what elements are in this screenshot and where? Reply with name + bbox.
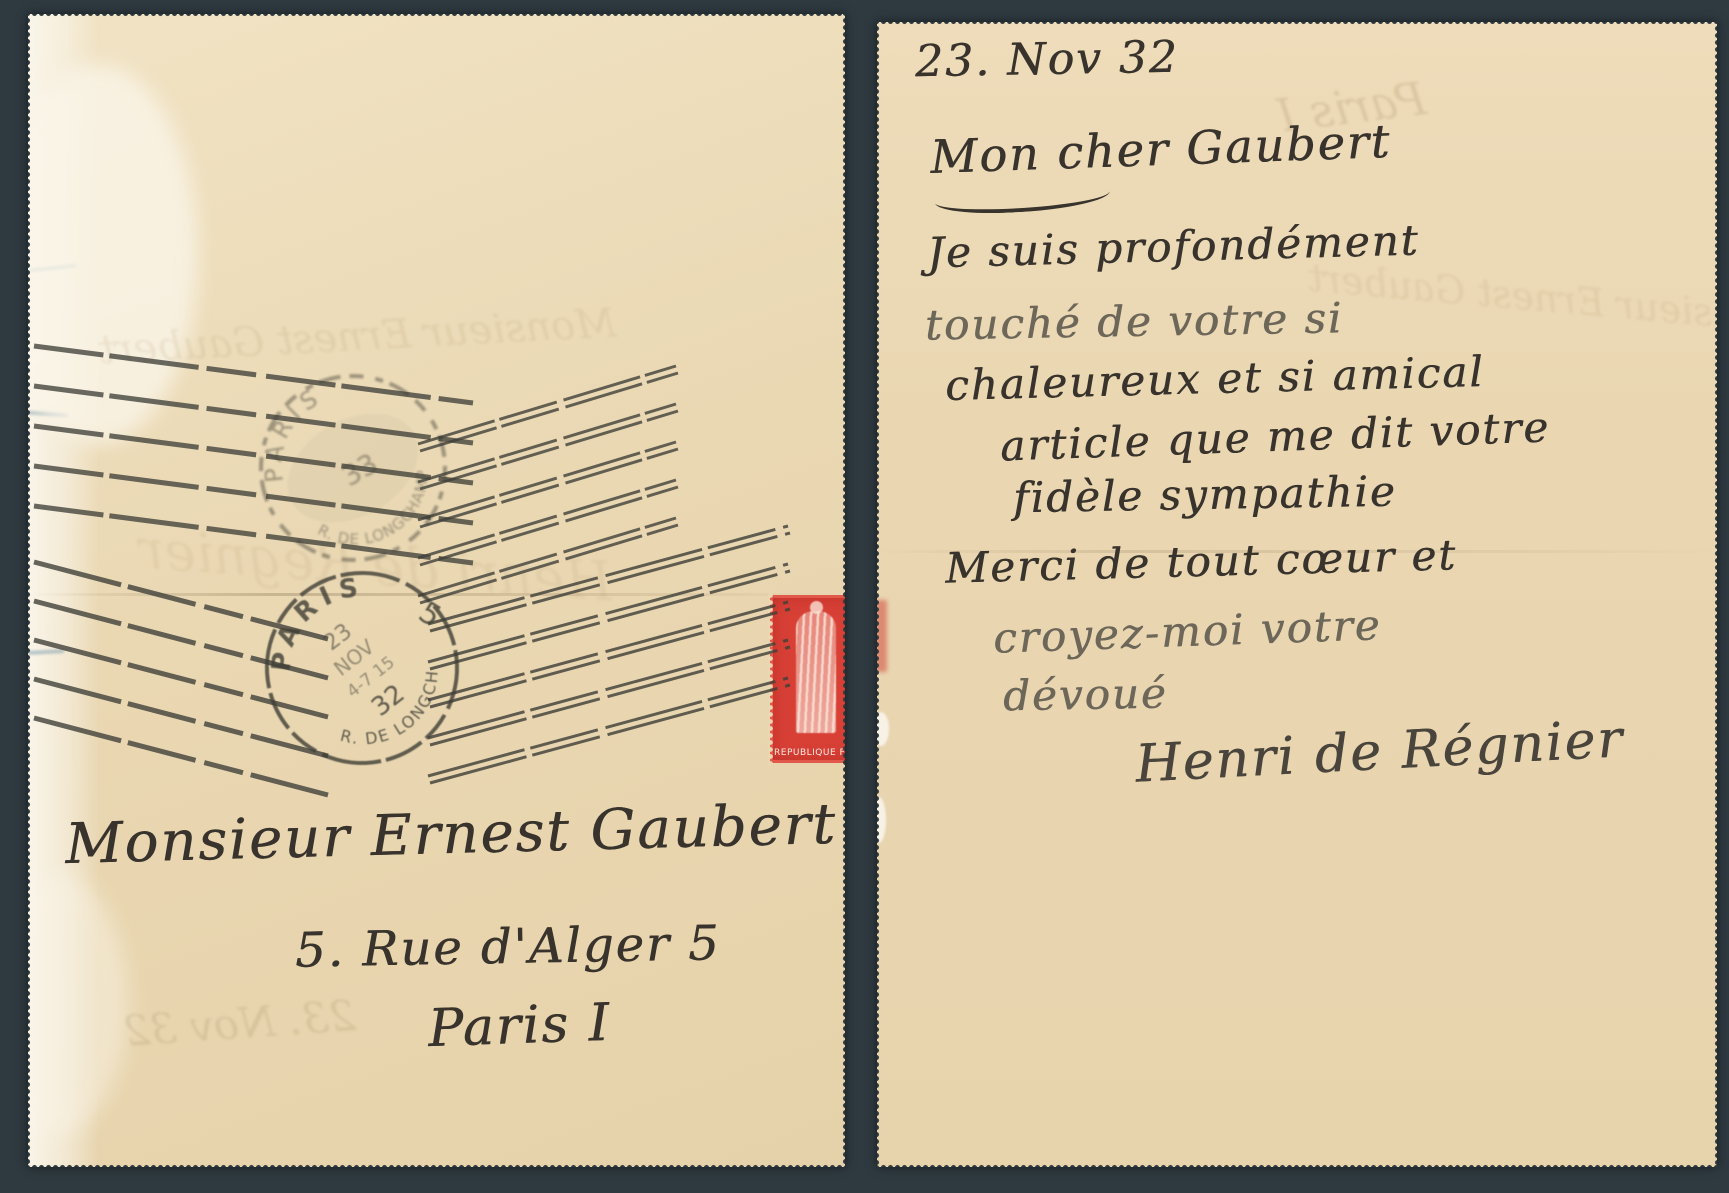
address-line-2: 5. Rue d'Alger 5 [295, 915, 722, 978]
stamp-allegory-figure [796, 611, 836, 733]
letter-salutation: Mon cher Gaubert [929, 114, 1392, 184]
letter-date: 23. Nov 32 [915, 32, 1180, 88]
svg-text:PARIS: PARIS [243, 556, 386, 686]
letter-body-line: dévoué [1003, 669, 1169, 721]
svg-text:4-7 15: 4-7 15 [343, 653, 399, 703]
paper-abrasion [28, 64, 198, 444]
ghost-writing: Henri de Régnier [136, 518, 614, 614]
letter-body-line: Je suis profondément [926, 216, 1420, 278]
postmark-upper: PARIS R. DE LONGCHAMP 33 [226, 340, 479, 594]
svg-text:R. DE LONGCHAMP: R. DE LONGCHAMP [310, 461, 452, 572]
letter-body-line: croyez-moi votre [992, 600, 1382, 663]
ghost-writing: 23. Nov 32 [122, 991, 358, 1056]
stamp-perforation [767, 592, 774, 766]
letter-body-line: chaleureux et si amical [944, 347, 1485, 410]
salutation-underline [934, 177, 1110, 216]
svg-text:5: 5 [412, 595, 447, 635]
torn-bit [877, 712, 889, 746]
address-line-1: Monsieur Ernest Gaubert [64, 792, 837, 877]
letter-body-line: article que me dit votre [999, 402, 1551, 470]
torn-bit [877, 797, 886, 843]
fold-crease [28, 593, 845, 596]
letter-body-line: touché de votre si [925, 293, 1344, 349]
letter-page: Paris I Monsieur Ernest Gaubert 23. Nov … [877, 22, 1717, 1167]
red-smudge [877, 600, 887, 672]
svg-text:PARIS: PARIS [230, 381, 351, 494]
paper-abrasion [28, 874, 128, 1134]
cancellation-lines-top-right [418, 366, 678, 603]
postage-stamp: REPUBLIQUE FRANÇAISE [770, 595, 845, 763]
ghost-writing: Monsieur Ernest Gaubert [1306, 256, 1717, 343]
scanned-documents: Monsieur Ernest Gaubert Henri de Régnier… [0, 0, 1729, 1193]
address-line-3: Paris I [427, 993, 612, 1059]
svg-text:33: 33 [336, 446, 383, 492]
svg-text:NOV: NOV [329, 635, 379, 681]
cancellation-lines-bottom-right [428, 526, 790, 783]
stamp-figure-head [810, 601, 823, 614]
letter-body-line: Merci de tout cœur et [944, 530, 1457, 592]
stamp-inscription: REPUBLIQUE FRANÇAISE [774, 748, 845, 758]
letter-body-line: fidèle sympathie [1013, 467, 1397, 523]
svg-text:23: 23 [320, 619, 357, 656]
svg-text:32: 32 [366, 679, 411, 723]
letter-signature: Henri de Régnier [1134, 709, 1626, 795]
envelope-back: Monsieur Ernest Gaubert Henri de Régnier… [28, 14, 845, 1167]
